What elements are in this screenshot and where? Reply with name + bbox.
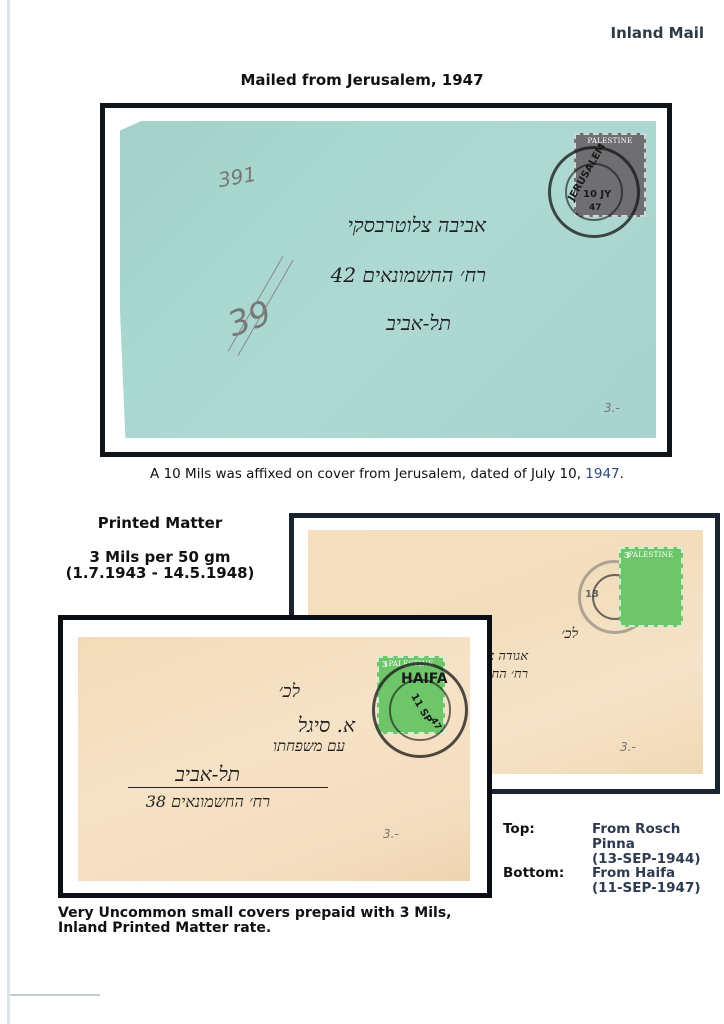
pencil-note: 3.- — [604, 401, 620, 415]
address-line: לכ׳ — [279, 681, 300, 702]
pencil-note: 3.- — [620, 740, 636, 754]
stamp-label: PALESTINE — [576, 137, 644, 145]
address-line: לכ׳ — [561, 626, 578, 643]
address-line: אביבה צלוטרבסקי — [348, 213, 486, 238]
postmark-date: 13 — [585, 589, 599, 600]
legend-top-value: From Rosch Pinna (13-SEP-1944) — [592, 822, 724, 867]
page-left-edge — [7, 0, 10, 1024]
address-line: תל-אביב — [386, 311, 451, 336]
underline — [128, 787, 328, 788]
stamp-3-mils-top: 3 PALESTINE — [619, 547, 683, 627]
address-line: רח׳ החשמונאים 42 — [331, 263, 486, 288]
rate-text: 3 Mils per 50 gm — [40, 549, 280, 565]
legend-bottom-date: (11-SEP-1947) — [592, 881, 701, 896]
postmark-town: JERUSALEM — [566, 142, 608, 203]
caption-text: A 10 Mils was affixed on cover from Jeru… — [150, 466, 585, 482]
legend-bottom-origin: From Haifa — [592, 866, 701, 881]
postmark-jerusalem: JERUSALEM 10 JY 47 — [548, 146, 640, 238]
postmark-year: 47 — [589, 203, 602, 213]
cover1-title: Mailed from Jerusalem, 1947 — [0, 71, 724, 89]
rate-period: (1.7.1943 - 14.5.1948) — [40, 565, 280, 581]
pencil-note: 391 — [216, 162, 258, 192]
postmark-date: 10 JY — [583, 189, 611, 200]
legend-top-label: Top: — [503, 822, 535, 837]
postmark-year: 47 — [428, 716, 443, 732]
section-title: Inland Mail — [611, 24, 705, 42]
address-line: רח׳ החשמונאים 38 — [146, 792, 270, 812]
address-line: תל-אביב — [175, 762, 240, 787]
postmark-date: 11 SP — [408, 692, 433, 725]
page-bottom-mark — [10, 994, 100, 996]
legend-bottom-label: Bottom: — [503, 866, 564, 881]
printed-matter-rate: 3 Mils per 50 gm (1.7.1943 - 14.5.1948) — [40, 549, 280, 581]
footnote-line: Very Uncommon small covers prepaid with … — [58, 906, 452, 921]
printed-matter-heading: Printed Matter — [40, 514, 280, 532]
legend-top-origin: From Rosch Pinna — [592, 822, 724, 852]
legend-bottom-value: From Haifa (11-SEP-1947) — [592, 866, 701, 896]
cover1-caption: A 10 Mils was affixed on cover from Jeru… — [0, 466, 724, 482]
footnote-line: Inland Printed Matter rate. — [58, 921, 452, 936]
postmark-haifa: HAIFA 11 SP 47 — [372, 662, 468, 758]
stamp-label: PALESTINE — [621, 551, 681, 559]
caption-year: 1947 — [585, 466, 619, 482]
postmark-town: HAIFA — [401, 671, 448, 687]
caption-end: . — [620, 466, 624, 482]
footnote: Very Uncommon small covers prepaid with … — [58, 906, 452, 936]
address-line: א. סיגל — [298, 713, 355, 738]
pencil-note: 3.- — [383, 827, 399, 841]
address-line: עם משפחתו — [273, 737, 345, 756]
